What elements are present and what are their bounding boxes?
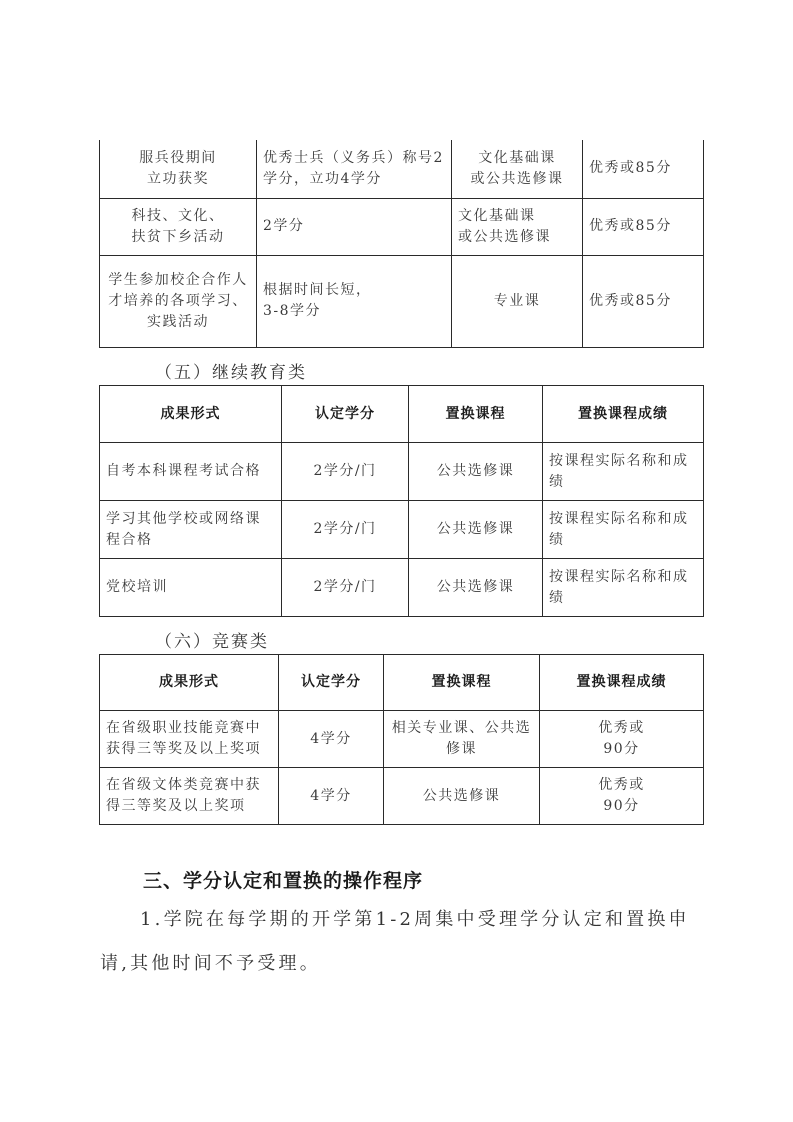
- cell-course: 文化基础课 或公共选修课: [452, 198, 583, 255]
- table-header-row: 成果形式 认定学分 置换课程 置换课程成绩: [100, 386, 704, 443]
- table-row: 科技、文化、 扶贫下乡活动 2学分 文化基础课 或公共选修课 优秀或85分: [100, 198, 704, 255]
- credit-table-continuing-education: 成果形式 认定学分 置换课程 置换课程成绩 自考本科课程考试合格 2学分/门 公…: [99, 385, 704, 617]
- cell-course: 公共选修课: [409, 501, 543, 559]
- header-form: 成果形式: [100, 655, 279, 711]
- cell-credits: 优秀士兵（义务兵）称号2学分，立功4学分: [257, 140, 452, 198]
- header-grade: 置换课程成绩: [540, 655, 704, 711]
- cell-grade: 按课程实际名称和成绩: [543, 559, 704, 617]
- cell-credits: 2学分/门: [282, 501, 409, 559]
- cell-credits: 2学分/门: [282, 559, 409, 617]
- table-row: 自考本科课程考试合格 2学分/门 公共选修课 按课程实际名称和成绩: [100, 443, 704, 501]
- header-course: 置换课程: [409, 386, 543, 443]
- cell-credits: 根据时间长短， 3-8学分: [257, 255, 452, 347]
- cell-form: 在省级职业技能竞赛中获得三等奖及以上奖项: [100, 711, 279, 768]
- cell-grade: 按课程实际名称和成绩: [543, 443, 704, 501]
- cell-form: 学生参加校企合作人才培养的各项学习、实践活动: [100, 255, 257, 347]
- section-title-competition: （六）竞赛类: [155, 627, 269, 652]
- section-title-continuing-education: （五）继续教育类: [155, 358, 307, 383]
- cell-form: 学习其他学校或网络课程合格: [100, 501, 282, 559]
- header-credits: 认定学分: [279, 655, 384, 711]
- paragraph-line: 请,其他时间不予受理。: [100, 942, 710, 986]
- cell-course: 公共选修课: [384, 768, 540, 825]
- cell-form: 在省级文体类竞赛中获得三等奖及以上奖项: [100, 768, 279, 825]
- table-header-row: 成果形式 认定学分 置换课程 置换课程成绩: [100, 655, 704, 711]
- table-row: 党校培训 2学分/门 公共选修课 按课程实际名称和成绩: [100, 559, 704, 617]
- cell-grade: 按课程实际名称和成绩: [543, 501, 704, 559]
- table-row: 学生参加校企合作人才培养的各项学习、实践活动 根据时间长短， 3-8学分 专业课…: [100, 255, 704, 347]
- cell-course: 公共选修课: [409, 443, 543, 501]
- paragraph-line: 1.学院在每学期的开学第1-2周集中受理学分认定和置换申: [100, 898, 710, 942]
- cell-credits: 2学分/门: [282, 443, 409, 501]
- credit-table-competition: 成果形式 认定学分 置换课程 置换课程成绩 在省级职业技能竞赛中获得三等奖及以上…: [99, 654, 704, 825]
- cell-grade: 优秀或 90分: [540, 768, 704, 825]
- cell-course: 文化基础课 或公共选修课: [452, 140, 583, 198]
- header-form: 成果形式: [100, 386, 282, 443]
- cell-grade: 优秀或85分: [583, 255, 704, 347]
- credit-table-military: 服兵役期间 立功获奖 优秀士兵（义务兵）称号2学分，立功4学分 文化基础课 或公…: [99, 140, 704, 348]
- cell-grade: 优秀或85分: [583, 198, 704, 255]
- cell-course: 公共选修课: [409, 559, 543, 617]
- cell-course: 相关专业课、公共选修课: [384, 711, 540, 768]
- section-heading-procedure: 三、学分认定和置换的操作程序: [143, 866, 423, 893]
- cell-form: 党校培训: [100, 559, 282, 617]
- table-row: 服兵役期间 立功获奖 优秀士兵（义务兵）称号2学分，立功4学分 文化基础课 或公…: [100, 140, 704, 198]
- cell-form: 自考本科课程考试合格: [100, 443, 282, 501]
- table-row: 学习其他学校或网络课程合格 2学分/门 公共选修课 按课程实际名称和成绩: [100, 501, 704, 559]
- header-grade: 置换课程成绩: [543, 386, 704, 443]
- cell-grade: 优秀或 90分: [540, 711, 704, 768]
- table-row: 在省级职业技能竞赛中获得三等奖及以上奖项 4学分 相关专业课、公共选修课 优秀或…: [100, 711, 704, 768]
- cell-form: 服兵役期间 立功获奖: [100, 140, 257, 198]
- procedure-paragraph-1: 1.学院在每学期的开学第1-2周集中受理学分认定和置换申 请,其他时间不予受理。: [100, 898, 710, 986]
- cell-credits: 4学分: [279, 711, 384, 768]
- cell-credits: 2学分: [257, 198, 452, 255]
- cell-course: 专业课: [452, 255, 583, 347]
- header-course: 置换课程: [384, 655, 540, 711]
- cell-grade: 优秀或85分: [583, 140, 704, 198]
- cell-form: 科技、文化、 扶贫下乡活动: [100, 198, 257, 255]
- cell-credits: 4学分: [279, 768, 384, 825]
- header-credits: 认定学分: [282, 386, 409, 443]
- table-row: 在省级文体类竞赛中获得三等奖及以上奖项 4学分 公共选修课 优秀或 90分: [100, 768, 704, 825]
